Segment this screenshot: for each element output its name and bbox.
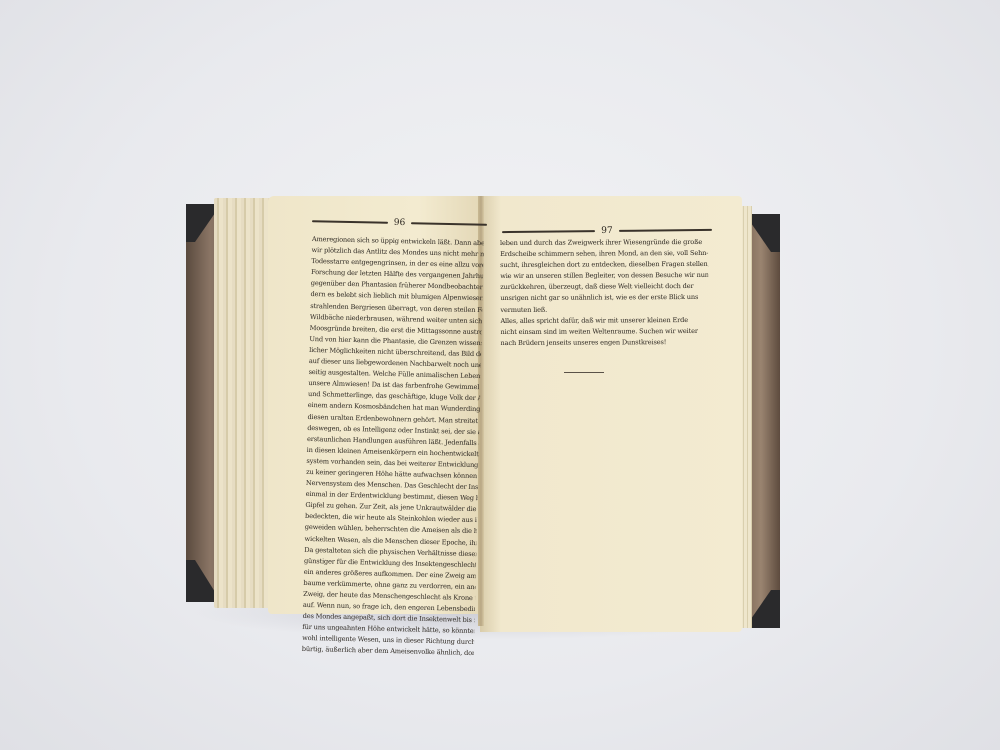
left-page-number: 96 bbox=[394, 218, 406, 228]
header-rule bbox=[312, 220, 388, 224]
header-rule bbox=[411, 222, 487, 226]
chapter-end-rule bbox=[564, 372, 604, 373]
text-line: nach Brüdern jenseits unseres engen Duns… bbox=[501, 337, 709, 349]
right-page-text: leben und durch das Zweigwerk ihrer Wies… bbox=[500, 237, 709, 349]
text-line: Alles, alles spricht dafür, daß wir mit … bbox=[500, 315, 708, 327]
header-rule bbox=[502, 230, 595, 233]
text-line: unsrigen nicht gar so unähnlich ist, wie… bbox=[500, 292, 708, 304]
left-page-block-edge bbox=[214, 198, 274, 608]
left-page-text: Ameregionen sich so üppig entwickeln läß… bbox=[302, 234, 484, 660]
header-rule bbox=[619, 229, 712, 232]
right-page-number: 97 bbox=[601, 226, 613, 236]
text-line: nicht einsam sind im weiten Weltenraume.… bbox=[500, 326, 708, 338]
